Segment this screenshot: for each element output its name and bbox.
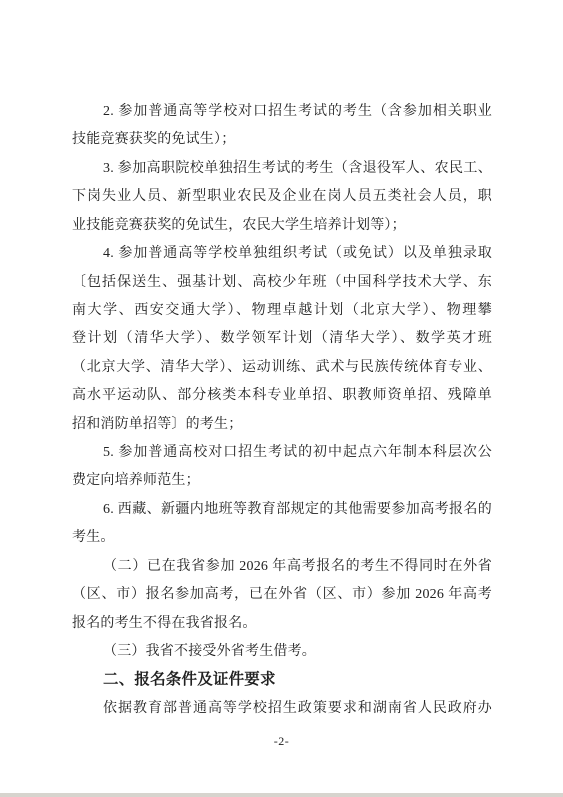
page-number: -2- [0, 734, 563, 749]
document-line: 〔包括保送生、强基计划、高校少年班（中国科学技术大学、东 [72, 269, 492, 297]
document-line: 南大学、西安交通大学）、物理卓越计划（北京大学）、物理攀 [72, 297, 492, 325]
document-line: 技能竞赛获奖的免试生）； [72, 126, 492, 154]
document-line: 登计划（清华大学）、数学领军计划（清华大学）、数学英才班 [72, 325, 492, 353]
document-line: 3. 参加高职院校单独招生考试的考生（含退役军人、农民工、 [72, 155, 492, 183]
document-line: （北京大学、清华大学）、运动训练、武术与民族传统体育专业、 [72, 354, 492, 382]
document-line: 依据教育部普通高等学校招生政策要求和湖南省人民政府办 [72, 695, 492, 723]
document-line: （区、市）报名参加高考，已在外省（区、市）参加 2026 年高考 [72, 581, 492, 609]
document-line: 考生。 [72, 524, 492, 552]
section-heading: 二、报名条件及证件要求 [72, 666, 492, 694]
document-line: 4. 参加普通高等学校单独组织考试（或免试）以及单独录取 [72, 240, 492, 268]
page-bottom-edge [0, 793, 563, 797]
document-line: 下岗失业人员、新型职业农民及企业在岗人员五类社会人员，职 [72, 183, 492, 211]
document-line: 5. 参加普通高校对口招生考试的初中起点六年制本科层次公 [72, 439, 492, 467]
document-line: 费定向培养师范生； [72, 467, 492, 495]
document-line: 2. 参加普通高等学校对口招生考试的考生（含参加相关职业 [72, 98, 492, 126]
document-page: 2. 参加普通高等学校对口招生考试的考生（含参加相关职业技能竞赛获奖的免试生）；… [0, 0, 563, 797]
document-line: （三）我省不接受外省考生借考。 [72, 638, 492, 666]
document-text-block: 2. 参加普通高等学校对口招生考试的考生（含参加相关职业技能竞赛获奖的免试生）；… [72, 98, 492, 723]
document-line: 报名的考生不得在我省报名。 [72, 610, 492, 638]
document-line: 高水平运动队、部分核类本科专业单招、职教师资单招、残障单 [72, 382, 492, 410]
document-line: 业技能竞赛获奖的免试生，农民大学生培养计划等）； [72, 212, 492, 240]
document-line: （二）已在我省参加 2026 年高考报名的考生不得同时在外省 [72, 553, 492, 581]
document-line: 6. 西藏、新疆内地班等教育部规定的其他需要参加高考报名的 [72, 496, 492, 524]
document-line: 招和消防单招等〕的考生； [72, 411, 492, 439]
